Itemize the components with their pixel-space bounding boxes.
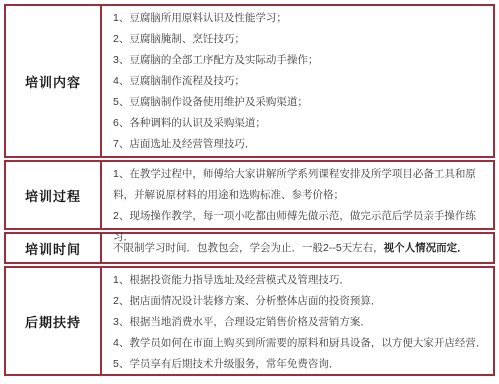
text-segment: 1、在教学过程中，师傅给大家讲解所学系列课程安排及所学项目必备工具和原料，并解说… xyxy=(113,168,476,201)
row-header: 培训内容 xyxy=(6,6,102,156)
row-line: 1、在教学过程中，师傅给大家讲解所学系列课程安排及所学项目必备工具和原料，并解说… xyxy=(113,164,489,206)
row-line: 1、豆腐脑所用原料认识及性能学习； xyxy=(113,8,489,29)
text-segment: 1、豆腐脑所用原料认识及性能学习； xyxy=(113,12,287,24)
row-header: 培训过程 xyxy=(6,162,102,228)
row-line: 2、据店面情况设计装修方案、分析整体店面的投资预算． xyxy=(113,291,489,312)
text-segment: 5、豆腐脑制作设备使用维护及采购渠道； xyxy=(113,96,308,108)
text-segment: 不限制学习时间．包教包会，学会为止．一般2--5天左右， xyxy=(113,242,384,254)
row-line: 5、豆腐脑制作设备使用维护及采购渠道； xyxy=(113,92,489,113)
row-body: 不限制学习时间．包教包会，学会为止．一般2--5天左右，视个人情况而定． xyxy=(102,234,493,262)
training-table: 培训内容1、豆腐脑所用原料认识及性能学习；2、豆腐脑腌制、烹饪技巧；3、豆腐脑的… xyxy=(4,4,495,378)
table-row: 培训时间不限制学习时间．包教包会，学会为止．一般2--5天左右，视个人情况而定． xyxy=(4,232,495,264)
row-line: 6、各种调料的认识及采购渠道； xyxy=(113,113,489,134)
row-line: 2、豆腐脑腌制、烹饪技巧； xyxy=(113,29,489,50)
row-line: 1、根据投资能力指导选址及经营模式及管理技巧． xyxy=(113,270,489,291)
table-row: 培训过程1、在教学过程中，师傅给大家讲解所学系列课程安排及所学项目必备工具和原料… xyxy=(4,160,495,230)
text-segment: 5、学员享有后期技术升级服务，常年免费咨询． xyxy=(113,358,339,370)
text-segment: 3、根据当地消费水平，合理设定销售价格及营销方案． xyxy=(113,316,371,328)
row-line: 5、学员享有后期技术升级服务，常年免费咨询． xyxy=(113,354,489,375)
row-line: 不限制学习时间．包教包会，学会为止．一般2--5天左右，视个人情况而定． xyxy=(113,238,489,259)
page: 培训内容1、豆腐脑所用原料认识及性能学习；2、豆腐脑腌制、烹饪技巧；3、豆腐脑的… xyxy=(0,0,499,384)
row-line: 4、豆腐脑制作流程及技巧； xyxy=(113,71,489,92)
row-header: 培训时间 xyxy=(6,234,102,262)
text-segment: 4、豆腐脑制作流程及技巧； xyxy=(113,75,245,87)
text-segment: 视个人情况而定． xyxy=(384,242,468,254)
row-line: 3、根据当地消费水平，合理设定销售价格及营销方案． xyxy=(113,312,489,333)
row-body: 1、根据投资能力指导选址及经营模式及管理技巧．2、据店面情况设计装修方案、分析整… xyxy=(102,268,493,374)
row-line: 3、豆腐脑的全部工序配方及实际动手操作； xyxy=(113,50,489,71)
text-segment: 7、店面选址及经营管理技巧． xyxy=(113,138,255,150)
text-segment: 2、据店面情况设计装修方案、分析整体店面的投资预算． xyxy=(113,295,381,307)
text-segment: 4、教学员如何在市面上购买到所需要的原料和厨具设备，以方便大家开店经营． xyxy=(113,337,486,349)
table-row: 后期扶持1、根据投资能力指导选址及经营模式及管理技巧．2、据店面情况设计装修方案… xyxy=(4,266,495,376)
row-line: 7、店面选址及经营管理技巧． xyxy=(113,134,489,155)
row-body: 1、豆腐脑所用原料认识及性能学习；2、豆腐脑腌制、烹饪技巧；3、豆腐脑的全部工序… xyxy=(102,6,493,156)
text-segment: 2、豆腐脑腌制、烹饪技巧； xyxy=(113,33,245,45)
row-line: 4、教学员如何在市面上购买到所需要的原料和厨具设备，以方便大家开店经营． xyxy=(113,333,489,354)
row-body: 1、在教学过程中，师傅给大家讲解所学系列课程安排及所学项目必备工具和原料，并解说… xyxy=(102,162,493,228)
table-row: 培训内容1、豆腐脑所用原料认识及性能学习；2、豆腐脑腌制、烹饪技巧；3、豆腐脑的… xyxy=(4,4,495,158)
text-segment: 3、豆腐脑的全部工序配方及实际动手操作； xyxy=(113,54,318,66)
text-segment: 6、各种调料的认识及采购渠道； xyxy=(113,117,266,129)
text-segment: 1、根据投资能力指导选址及经营模式及管理技巧． xyxy=(113,274,350,286)
row-header: 后期扶持 xyxy=(6,268,102,374)
